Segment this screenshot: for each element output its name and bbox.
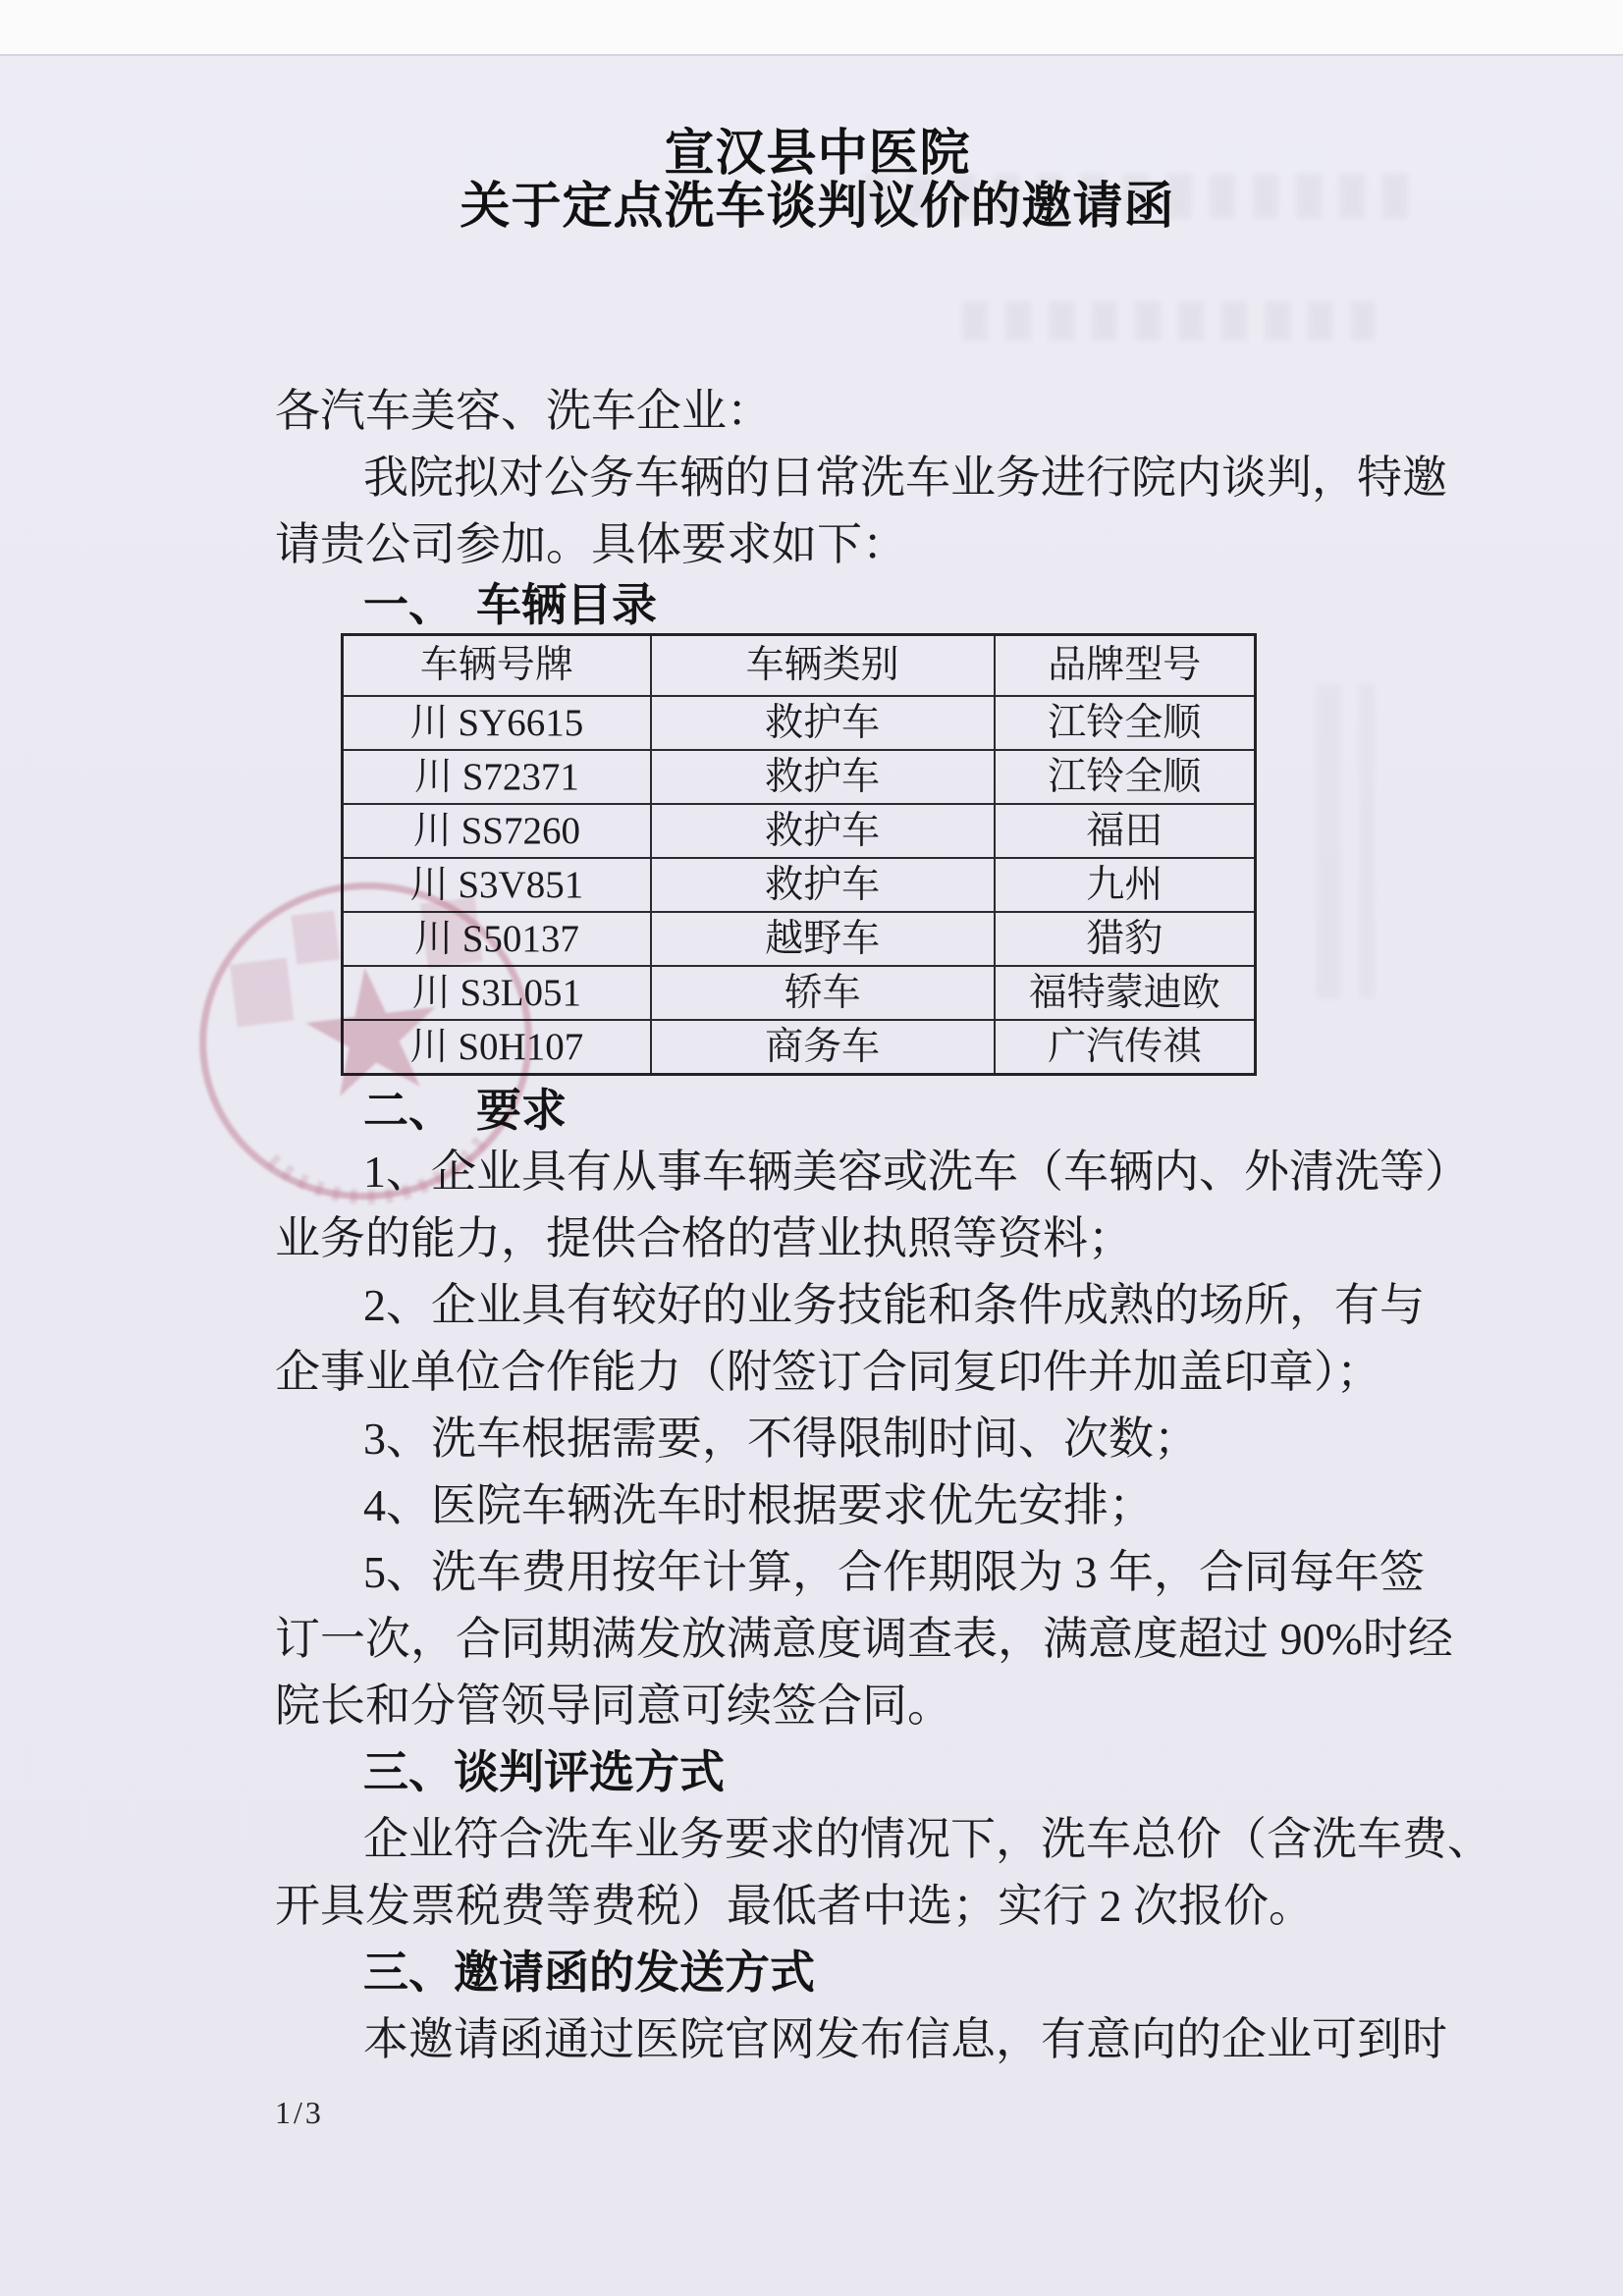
table-cell: 福田 — [995, 804, 1256, 858]
table-row: 川 SY6615 救护车 江铃全顺 — [343, 696, 1256, 750]
table-header-cell: 车辆号牌 — [343, 635, 651, 697]
table-cell: 商务车 — [651, 1020, 995, 1075]
requirement-line: 业务的能力，提供合格的营业执照等资料； — [275, 1205, 1360, 1272]
table-cell: 越野车 — [651, 912, 995, 966]
table-cell: 江铃全顺 — [995, 750, 1256, 804]
table-cell: 川 S50137 — [343, 912, 651, 966]
requirement-line: 2、企业具有较好的业务技能和条件成熟的场所，有与 — [275, 1272, 1360, 1339]
table-row: 川 S3L051 轿车 福特蒙迪欧 — [343, 966, 1256, 1020]
section-heading-requirements: 二、 要求 — [275, 1084, 1360, 1139]
table-header-cell: 车辆类别 — [651, 635, 995, 697]
table-cell: 九州 — [995, 858, 1256, 912]
intro-line: 请贵公司参加。具体要求如下： — [275, 511, 1360, 578]
section-heading-vehicle-catalog: 一、 车辆目录 — [275, 578, 1360, 633]
table-header-cell: 品牌型号 — [995, 635, 1256, 697]
page-title-line2: 关于定点洗车谈判议价的邀请函 — [275, 181, 1360, 234]
table-row: 川 S72371 救护车 江铃全顺 — [343, 750, 1256, 804]
table-cell: 川 S0H107 — [343, 1020, 651, 1075]
page-number: 1/3 — [275, 2093, 1360, 2132]
requirement-line: 1、企业具有从事车辆美容或洗车（车辆内、外清洗等） — [275, 1139, 1360, 1205]
requirement-line: 订一次，合同期满发放满意度调查表，满意度超过 90%时经 — [275, 1606, 1360, 1673]
salutation: 各汽车美容、洗车企业： — [275, 378, 1360, 445]
selection-line: 开具发票税费等费税）最低者中选；实行 2 次报价。 — [275, 1873, 1360, 1940]
page-title-line1: 宣汉县中医院 — [275, 128, 1360, 181]
table-cell: 川 S3L051 — [343, 966, 651, 1020]
requirement-line: 4、医院车辆洗车时根据要求优先安排； — [275, 1472, 1360, 1539]
table-cell: 福特蒙迪欧 — [995, 966, 1256, 1020]
table-cell: 江铃全顺 — [995, 696, 1256, 750]
table-header-row: 车辆号牌 车辆类别 品牌型号 — [343, 635, 1256, 697]
table-cell: 救护车 — [651, 750, 995, 804]
table-cell: 广汽传祺 — [995, 1020, 1256, 1075]
table-row: 川 S0H107 商务车 广汽传祺 — [343, 1020, 1256, 1075]
table-cell: 猎豹 — [995, 912, 1256, 966]
table-cell: 救护车 — [651, 804, 995, 858]
intro-line: 我院拟对公务车辆的日常洗车业务进行院内谈判，特邀 — [275, 445, 1360, 511]
table-cell: 川 SS7260 — [343, 804, 651, 858]
vehicle-table: 车辆号牌 车辆类别 品牌型号 川 SY6615 救护车 江铃全顺 川 S7237… — [341, 633, 1257, 1076]
table-cell: 轿车 — [651, 966, 995, 1020]
requirement-line: 院长和分管领导同意可续签合同。 — [275, 1673, 1360, 1739]
selection-line: 企业符合洗车业务要求的情况下，洗车总价（含洗车费、 — [275, 1806, 1360, 1873]
table-cell: 川 SY6615 — [343, 696, 651, 750]
table-row: 川 S3V851 救护车 九州 — [343, 858, 1256, 912]
requirement-line: 5、洗车费用按年计算，合作期限为 3 年，合同每年签 — [275, 1539, 1360, 1606]
requirement-line: 企事业单位合作能力（附签订合同复印件并加盖印章）； — [275, 1339, 1360, 1406]
table-row: 川 S50137 越野车 猎豹 — [343, 912, 1256, 966]
table-cell: 救护车 — [651, 858, 995, 912]
table-cell: 救护车 — [651, 696, 995, 750]
table-cell: 川 S3V851 — [343, 858, 651, 912]
section-heading-delivery-method: 三、邀请函的发送方式 — [275, 1940, 1360, 2006]
table-row: 川 SS7260 救护车 福田 — [343, 804, 1256, 858]
table-cell: 川 S72371 — [343, 750, 651, 804]
delivery-line: 本邀请函通过医院官网发布信息，有意向的企业可到时 — [275, 2006, 1360, 2073]
section-heading-selection-method: 三、谈判评选方式 — [275, 1739, 1360, 1806]
document-title: 宣汉县中医院 关于定点洗车谈判议价的邀请函 — [275, 128, 1360, 234]
requirement-line: 3、洗车根据需要，不得限制时间、次数； — [275, 1406, 1360, 1472]
document-body: 宣汉县中医院 关于定点洗车谈判议价的邀请函 各汽车美容、洗车企业： 我院拟对公务… — [275, 54, 1360, 2132]
